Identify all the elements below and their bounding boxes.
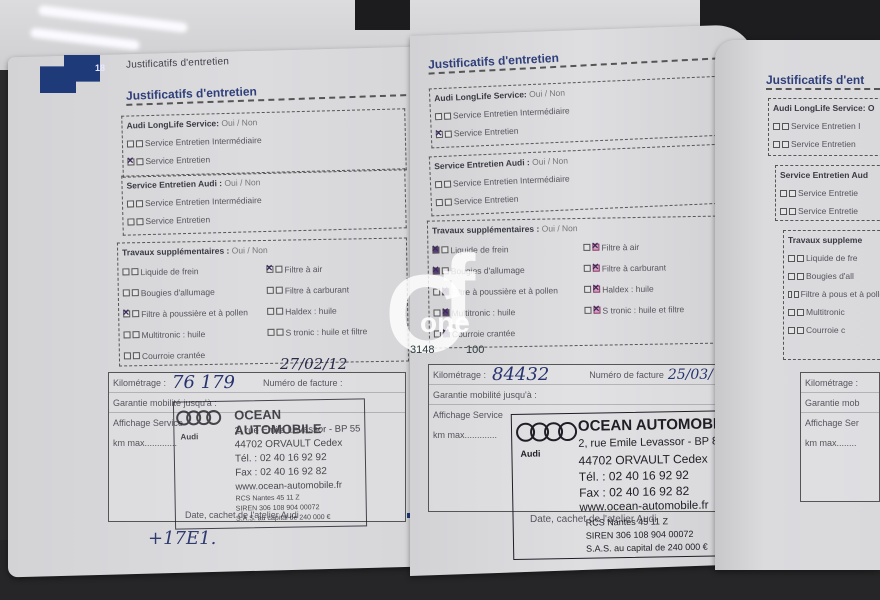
checkbox[interactable] bbox=[136, 218, 143, 225]
facture-value: 25/03/ bbox=[668, 367, 713, 383]
stamp-fax: Fax : 02 40 16 92 82 bbox=[579, 484, 689, 500]
checkbox[interactable] bbox=[136, 140, 143, 147]
checkbox[interactable] bbox=[789, 208, 796, 215]
left-travaux-box: Travaux supplémentaires : Oui / Non Liqu… bbox=[117, 237, 409, 366]
stamp-city: 44702 ORVAULT Cedex bbox=[578, 452, 707, 468]
checkbox-item[interactable]: S tronic : huile et filtre bbox=[263, 319, 407, 343]
checkbox-item[interactable]: Filtre à air bbox=[579, 234, 730, 258]
checkbox[interactable] bbox=[132, 289, 139, 296]
handwritten-note: +17E1. bbox=[148, 528, 216, 549]
checkbox-checked[interactable] bbox=[433, 267, 440, 274]
checkbox[interactable] bbox=[788, 309, 795, 316]
checkbox[interactable] bbox=[797, 273, 804, 280]
stamp-company: OCEAN AUTOMOBILE bbox=[578, 415, 737, 435]
checkbox-checked[interactable] bbox=[592, 244, 599, 251]
checkbox-checked[interactable] bbox=[436, 130, 443, 137]
checkbox-item[interactable]: Multitronic bbox=[784, 303, 880, 321]
checkbox-checked[interactable] bbox=[593, 265, 600, 272]
checkbox[interactable] bbox=[788, 327, 795, 334]
audi-rings-icon bbox=[516, 422, 572, 442]
right-service-audi-box: Service Entretien Aud Service Entretie S… bbox=[775, 165, 880, 221]
checkbox-item[interactable]: Multitronic : huile bbox=[119, 322, 263, 346]
kilometrage-value: 84432 bbox=[492, 364, 549, 385]
checkbox-item[interactable]: Multitronic : huile bbox=[429, 300, 580, 324]
checkbox[interactable] bbox=[584, 286, 591, 293]
checkbox[interactable] bbox=[442, 267, 449, 274]
stamp-sas: S.A.S. au capital de 240 000 € bbox=[236, 514, 331, 523]
checkbox-item[interactable]: Bougies d'allumage bbox=[429, 258, 580, 282]
kilometrage-value: 76 179 bbox=[172, 372, 235, 393]
checkbox-item[interactable]: S tronic : huile et filtre bbox=[580, 297, 731, 321]
left-service-audi-box: Service Entretien Audi : Oui / Non Servi… bbox=[121, 168, 406, 235]
checkbox-item[interactable]: Courroie crantée bbox=[430, 321, 581, 345]
kilometrage-row: Kilométrage : bbox=[801, 373, 879, 393]
checkbox-checked[interactable] bbox=[593, 286, 600, 293]
stamp-tel: Tél. : 02 40 16 92 92 bbox=[235, 452, 327, 465]
checkbox-checked[interactable] bbox=[127, 158, 134, 165]
checkbox-item[interactable]: Service Entretien I bbox=[769, 117, 880, 135]
checkbox-checked[interactable] bbox=[432, 246, 439, 253]
checkbox[interactable] bbox=[123, 331, 130, 338]
checkbox[interactable] bbox=[124, 352, 131, 359]
checkbox[interactable] bbox=[123, 289, 130, 296]
checkbox[interactable] bbox=[794, 291, 798, 298]
audi-rings-icon bbox=[176, 410, 216, 426]
checkbox-item[interactable]: Service Entretien bbox=[769, 135, 880, 153]
checkbox[interactable] bbox=[444, 112, 451, 119]
checkbox-item[interactable]: Bougies d'all bbox=[784, 267, 880, 285]
checkbox[interactable] bbox=[789, 190, 796, 197]
checkbox-item[interactable]: Liquide de frein bbox=[118, 259, 262, 283]
left-longlife-box: Audi LongLife Service: Oui / Non Service… bbox=[121, 108, 407, 177]
checkbox[interactable] bbox=[434, 330, 441, 337]
checkbox[interactable] bbox=[276, 308, 283, 315]
garantie-row: Garantie mob bbox=[801, 393, 879, 413]
ceiling-light bbox=[30, 27, 140, 50]
checkbox[interactable] bbox=[584, 307, 591, 314]
checkbox[interactable] bbox=[788, 273, 795, 280]
checkbox[interactable] bbox=[276, 287, 283, 294]
travaux-heading: Travaux suppleme bbox=[784, 231, 880, 249]
checkbox-checked[interactable] bbox=[442, 309, 449, 316]
checkbox[interactable] bbox=[444, 180, 451, 187]
checkbox[interactable] bbox=[797, 255, 804, 262]
stamp-web: www.ocean-automobile.fr bbox=[579, 500, 708, 514]
checkbox-item[interactable]: Service Entretie bbox=[776, 184, 880, 202]
checkbox-checked[interactable] bbox=[593, 307, 600, 314]
checkbox[interactable] bbox=[267, 287, 274, 294]
page-number: 18 bbox=[95, 63, 105, 73]
checkbox[interactable] bbox=[583, 244, 590, 251]
checkbox[interactable] bbox=[127, 200, 134, 207]
checkbox[interactable] bbox=[780, 208, 787, 215]
handwritten-date: 27/02/12 bbox=[280, 355, 347, 373]
checkbox[interactable] bbox=[584, 265, 591, 272]
checkbox[interactable] bbox=[788, 255, 795, 262]
checkbox[interactable] bbox=[136, 158, 143, 165]
checkbox[interactable] bbox=[445, 198, 452, 205]
checkbox[interactable] bbox=[131, 268, 138, 275]
right-page-title: Justificatifs d'ent bbox=[766, 73, 880, 90]
checkbox-checked[interactable] bbox=[443, 330, 450, 337]
checkbox-item[interactable]: Filtre à poussière et à pollen bbox=[429, 279, 580, 303]
stamp-tel: Tél. : 02 40 16 92 92 bbox=[579, 468, 689, 484]
stamp-rcs: RCS Nantes 45 11 Z bbox=[236, 494, 300, 502]
stamp-siren: SIREN 306 108 904 00072 bbox=[586, 529, 694, 541]
kilometrage-row: Kilométrage : 76 179 Numéro de facture : bbox=[109, 373, 405, 393]
checkbox[interactable] bbox=[797, 309, 804, 316]
longlife-heading: Audi LongLife Service: O bbox=[769, 99, 880, 117]
checkbox[interactable] bbox=[773, 141, 780, 148]
checkbox[interactable] bbox=[433, 309, 440, 316]
dealer-stamp-left: Audi OCEAN AUTOMOBILE 2, rue Emile Levas… bbox=[173, 398, 367, 529]
checkbox[interactable] bbox=[132, 310, 139, 317]
checkbox[interactable] bbox=[782, 123, 789, 130]
stamp-brand: Audi bbox=[180, 432, 198, 441]
service-audi-heading: Service Entretien Aud bbox=[776, 166, 880, 184]
checkbox[interactable] bbox=[275, 266, 282, 273]
checkbox[interactable] bbox=[433, 288, 440, 295]
checkbox[interactable] bbox=[267, 329, 274, 336]
checkbox-checked[interactable] bbox=[123, 310, 130, 317]
checkbox-item[interactable]: Service Entretie bbox=[776, 202, 880, 220]
stamp-web: www.ocean-automobile.fr bbox=[235, 480, 342, 493]
checkbox[interactable] bbox=[780, 190, 787, 197]
checkbox[interactable] bbox=[127, 218, 134, 225]
right-travaux-box: Travaux suppleme Liquide de fre Bougies … bbox=[783, 230, 880, 360]
kilometrage-row: Kilométrage : 84432 Numéro de facture 25… bbox=[429, 365, 745, 385]
garantie-row: Garantie mobilité jusqu'à : bbox=[429, 385, 745, 405]
checkbox[interactable] bbox=[773, 123, 780, 130]
checkbox-item[interactable]: Courroie crantée bbox=[120, 343, 264, 367]
checkbox[interactable] bbox=[435, 112, 442, 119]
affichage-row: Affichage Ser bbox=[801, 413, 879, 433]
checkbox-item[interactable]: Haldex : huile bbox=[263, 298, 407, 322]
stamp-siren: SIREN 306 108 904 00072 bbox=[236, 504, 320, 512]
checkbox[interactable] bbox=[441, 246, 448, 253]
stamp-sas: S.A.S. au capital de 240 000 € bbox=[586, 542, 708, 554]
checkbox-item[interactable]: Filtre à carburant bbox=[263, 277, 407, 301]
checkbox[interactable] bbox=[267, 308, 274, 315]
stamp-address: 2, rue Emile Levassor - BP 55 bbox=[234, 423, 360, 436]
checkbox-checked[interactable] bbox=[266, 266, 273, 273]
right-longlife-box: Audi LongLife Service: O Service Entreti… bbox=[768, 98, 880, 156]
checkbox-checked[interactable] bbox=[442, 288, 449, 295]
checkbox-item[interactable]: Bougies d'allumage bbox=[119, 280, 263, 304]
checkbox-item[interactable]: Filtre à pous et à pollen bbox=[784, 285, 880, 303]
checkbox-item[interactable]: Liquide de fre bbox=[784, 249, 880, 267]
dealer-stamp-middle: Audi OCEAN AUTOMOBILE 2, rue Emile Levas… bbox=[511, 410, 746, 560]
stamp-fax: Fax : 02 40 16 92 82 bbox=[235, 466, 327, 479]
checkbox[interactable] bbox=[782, 141, 789, 148]
background-object bbox=[355, 0, 410, 30]
checkbox[interactable] bbox=[122, 268, 129, 275]
checkbox[interactable] bbox=[797, 327, 804, 334]
stamp-address: 2, rue Emile Levassor - BP 85 bbox=[578, 435, 724, 450]
checkbox-item[interactable]: Filtre à poussière et à pollen bbox=[119, 301, 263, 325]
right-service-form: Kilométrage : Garantie mob Affichage Ser… bbox=[800, 372, 880, 502]
checkbox[interactable] bbox=[435, 180, 442, 187]
checkbox[interactable] bbox=[133, 352, 140, 359]
km-max-row: km max........ bbox=[801, 433, 879, 453]
middle-travaux-box: Travaux supplémentaires : Oui / Non Liqu… bbox=[427, 215, 733, 348]
checkbox-item[interactable]: Filtre à air bbox=[262, 256, 406, 280]
checkbox[interactable] bbox=[132, 331, 139, 338]
checkbox[interactable] bbox=[276, 329, 283, 336]
checkbox[interactable] bbox=[445, 130, 452, 137]
stamp-city: 44702 ORVAULT Cedex bbox=[235, 438, 343, 451]
checkbox[interactable] bbox=[788, 291, 792, 298]
stamp-rcs: RCS Nantes 45 11 Z bbox=[586, 516, 669, 527]
checkbox[interactable] bbox=[436, 198, 443, 205]
checkbox-item[interactable]: Haldex : huile bbox=[580, 276, 731, 300]
checkbox-item[interactable]: Courroie c bbox=[784, 321, 880, 339]
checkbox[interactable] bbox=[127, 140, 134, 147]
ceiling-light bbox=[38, 5, 188, 33]
stamp-brand: Audi bbox=[520, 449, 540, 459]
checkbox[interactable] bbox=[136, 200, 143, 207]
checkbox-item[interactable]: Liquide de frein bbox=[428, 237, 579, 261]
checkbox-item[interactable]: Filtre à carburant bbox=[580, 255, 731, 279]
